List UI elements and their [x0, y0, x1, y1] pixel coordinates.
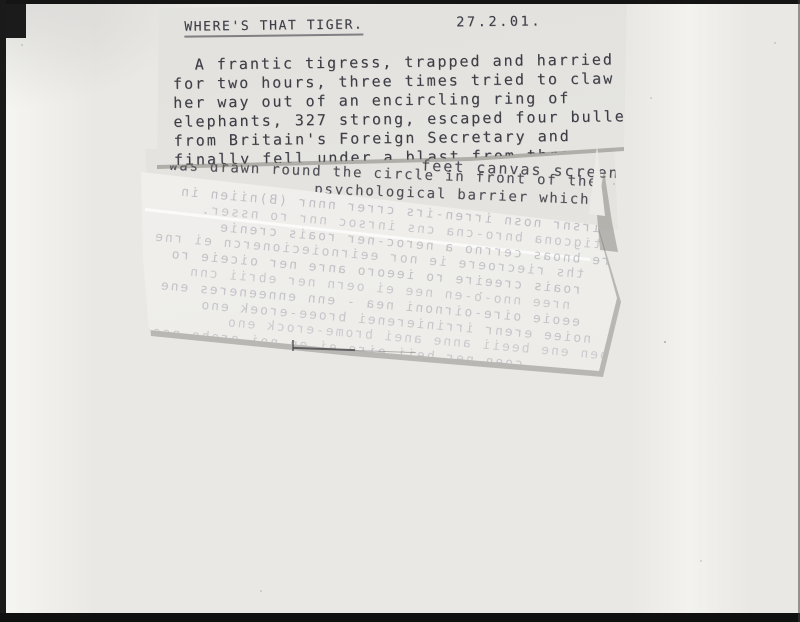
- caption-date: 27.2.01.: [456, 13, 542, 30]
- photo-border-bottom: [0, 613, 800, 622]
- dust-speck: [21, 44, 23, 46]
- dust-speck: [480, 292, 482, 294]
- backing-paper-streak: [630, 0, 750, 622]
- caption-title: WHERE'S THAT TIGER.: [184, 17, 363, 37]
- photo-border-left: [0, 0, 6, 622]
- dust-speck: [774, 42, 776, 44]
- photo-border-top: [0, 0, 800, 4]
- press-photo-of-typed-caption: feet canvas screen was drawn round the c…: [0, 0, 800, 622]
- dust-speck: [700, 560, 702, 562]
- crease-mark: [292, 340, 294, 351]
- caption-typed-text: WHERE'S THAT TIGER. 27.2.01. A frantic t…: [158, 0, 632, 174]
- dust-speck: [650, 97, 652, 99]
- dust-speck: [664, 341, 666, 343]
- dust-speck: [613, 183, 615, 185]
- dust-speck: [260, 590, 262, 592]
